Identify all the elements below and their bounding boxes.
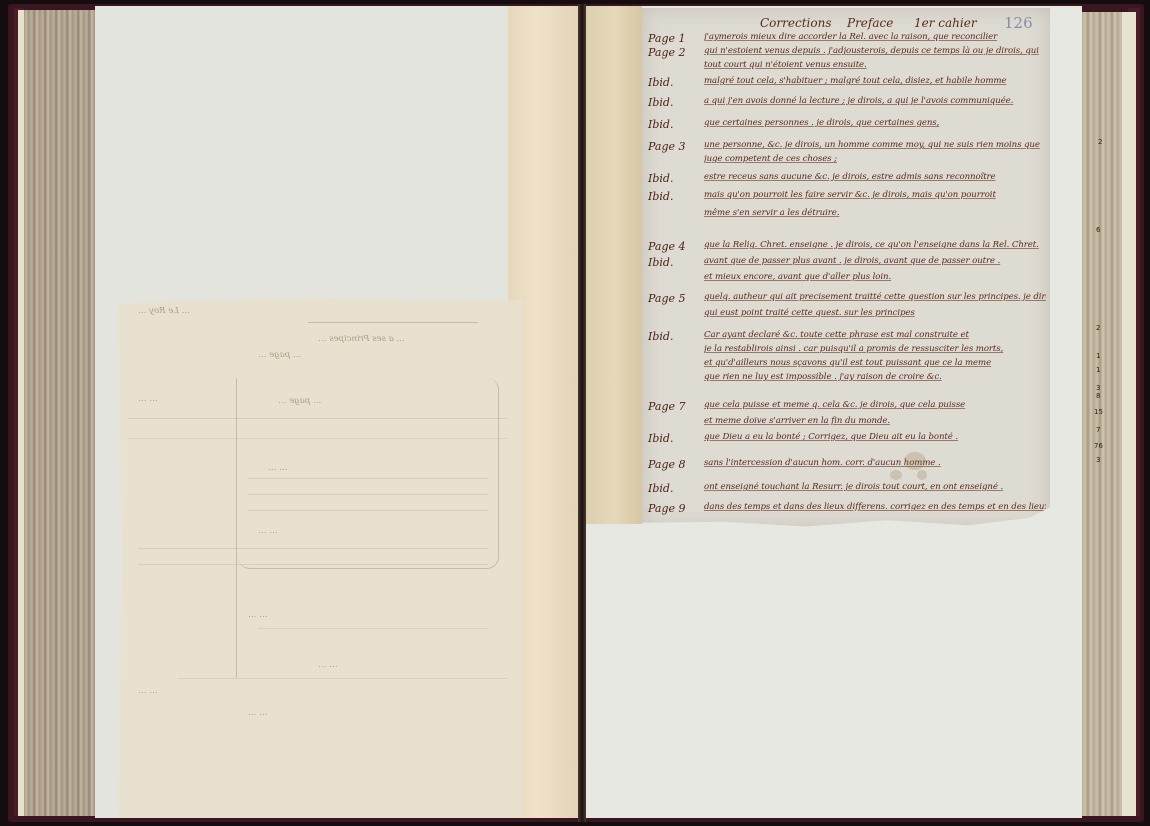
entry-text: qui eust point traité cette quest. sur l…	[704, 308, 1046, 318]
entry-text: juge competent de ces choses ;	[704, 154, 1046, 164]
right-guard-strip	[586, 6, 642, 524]
entry-ref: Page 2	[648, 46, 694, 59]
sheet-section: Preface	[847, 16, 893, 30]
entry-text: sans l'intercession d'aucun hom. corr. d…	[704, 458, 1046, 468]
entry-ref: Ibid.	[648, 118, 694, 131]
edge-number: 76	[1094, 442, 1103, 450]
mounted-note-left: … Le Roy … … a ses Principes … … page … …	[118, 298, 522, 818]
edge-number: 7	[1096, 426, 1100, 434]
edge-number: 3	[1096, 384, 1100, 392]
note-line: … Le Roy …	[138, 306, 190, 316]
entry-text: estre receus sans aucune &c. je dirois, …	[704, 172, 1046, 182]
entry-text: que rien ne luy est impossible . j'ay ra…	[704, 372, 1046, 382]
entry-row: Ibid.mais qu'on pourroit les faire servi…	[642, 190, 1050, 208]
entry-ref: Page 7	[648, 400, 694, 413]
entry-text: que cela puisse et meme q. cela &c. je d…	[704, 400, 1046, 410]
entry-ref: Page 4	[648, 240, 694, 253]
entry-text: je la restablirois ainsi . car puisqu'il…	[704, 344, 1046, 354]
entry-row: qui eust point traité cette quest. sur l…	[642, 308, 1050, 326]
note-line: … a ses Principes …	[318, 334, 405, 344]
entry-text: tout court qui n'étoient venus ensuite.	[704, 60, 1046, 70]
entry-row: même s'en servir a les détruire.	[642, 208, 1050, 226]
entry-text: et mieux encore, avant que d'aller plus …	[704, 272, 1046, 282]
ink-stain	[890, 470, 902, 480]
sheet-title: Corrections	[760, 16, 831, 30]
ink-stain	[917, 470, 927, 480]
entry-text: Car ayant declaré &c. toute cette phrase…	[704, 330, 1046, 340]
entry-text: et meme doive s'arriver en la fin du mon…	[704, 416, 1046, 426]
edge-number: 8	[1096, 392, 1100, 400]
entry-ref: Ibid.	[648, 432, 694, 445]
entry-row: que rien ne luy est impossible . j'ay ra…	[642, 372, 1050, 390]
entry-row: Ibid.que Dieu a eu la bonté ; Corrigez, …	[642, 432, 1050, 450]
entry-row: Ibid.ont enseigné touchant la Resurr. je…	[642, 482, 1050, 500]
entry-text: une personne, &c. je dirois, un homme co…	[704, 140, 1046, 150]
entry-row: Page 8sans l'intercession d'aucun hom. c…	[642, 458, 1050, 476]
correction-sheet: Corrections Preface 1er cahier 126 Page …	[642, 8, 1050, 528]
note-line: … …	[258, 526, 278, 536]
entry-text: dans des temps et dans des lieux differe…	[704, 502, 1046, 512]
note-divider	[236, 378, 237, 678]
edge-number: 3	[1096, 456, 1100, 464]
note-line: … …	[248, 708, 268, 718]
entry-ref: Page 5	[648, 292, 694, 305]
entry-row: et mieux encore, avant que d'aller plus …	[642, 272, 1050, 290]
note-line: … …	[138, 686, 158, 696]
edge-number: 2	[1096, 324, 1100, 332]
entry-ref: Page 1	[648, 32, 694, 45]
entry-row: Page 9dans des temps et dans des lieux d…	[642, 502, 1050, 520]
entry-row: Ibid.malgré tout cela, s'habituer ; malg…	[642, 76, 1050, 94]
entry-ref: Page 9	[648, 502, 694, 515]
entry-text: que certaines personnes . je dirois, que…	[704, 118, 1046, 128]
entry-ref: Ibid.	[648, 256, 694, 269]
entry-ref: Ibid.	[648, 172, 694, 185]
left-fore-edge	[18, 10, 96, 816]
ink-stain	[904, 452, 926, 470]
entry-text: que Dieu a eu la bonté ; Corrigez, que D…	[704, 432, 1046, 442]
edge-number: 1	[1096, 352, 1100, 360]
edge-number: 15	[1094, 408, 1103, 416]
entry-text: et qu'd'ailleurs nous sçavons qu'il est …	[704, 358, 1046, 368]
entry-text: mais qu'on pourroit les faire servir &c.…	[704, 190, 1046, 200]
entry-ref: Ibid.	[648, 330, 694, 343]
right-endpaper-strip	[1122, 12, 1136, 816]
note-rule	[308, 322, 478, 323]
book-gutter	[578, 4, 586, 822]
entry-text: même s'en servir a les détruire.	[704, 208, 1046, 218]
note-line: … …	[318, 660, 338, 670]
entry-ref: Ibid.	[648, 76, 694, 89]
entry-text: j'aymerois mieux dire accorder la Rel. a…	[704, 32, 1046, 42]
entry-ref: Ibid.	[648, 190, 694, 203]
sheet-cahier: 1er cahier	[914, 16, 977, 30]
note-line: … …	[138, 394, 158, 404]
entry-text: que la Relig. Chret. enseigne . je diroi…	[704, 240, 1046, 250]
entry-ref: Page 3	[648, 140, 694, 153]
note-bracket	[238, 378, 499, 569]
entry-row: Ibid.a qui j'en avois donné la lecture ;…	[642, 96, 1050, 114]
entry-text: avant que de passer plus avant . je diro…	[704, 256, 1046, 266]
entry-ref: Page 8	[648, 458, 694, 471]
entry-row: juge competent de ces choses ;	[642, 154, 1050, 172]
entry-ref: Ibid.	[648, 482, 694, 495]
folio-number: 126	[1004, 14, 1033, 32]
entry-text: malgré tout cela, s'habituer ; malgré to…	[704, 76, 1046, 86]
note-line: … …	[248, 610, 268, 620]
note-line: … page …	[278, 396, 321, 406]
entry-text: qui n'estoient venus depuis . j'adjouste…	[704, 46, 1046, 56]
note-line: … …	[268, 463, 288, 473]
entry-ref: Ibid.	[648, 96, 694, 109]
entry-row: Ibid.estre receus sans aucune &c. je dir…	[642, 172, 1050, 190]
entry-row: Ibid.que certaines personnes . je dirois…	[642, 118, 1050, 136]
entry-text: ont enseigné touchant la Resurr. je diro…	[704, 482, 1046, 492]
edge-number: 6	[1096, 226, 1100, 234]
entry-text: quelq. autheur qui ait precisement trait…	[704, 292, 1046, 302]
note-line: … page …	[258, 350, 301, 360]
left-endpaper-strip	[18, 10, 24, 816]
edge-number: 2	[1098, 138, 1102, 146]
edge-number: 1	[1096, 366, 1100, 374]
entry-text: a qui j'en avois donné la lecture ; je d…	[704, 96, 1046, 106]
